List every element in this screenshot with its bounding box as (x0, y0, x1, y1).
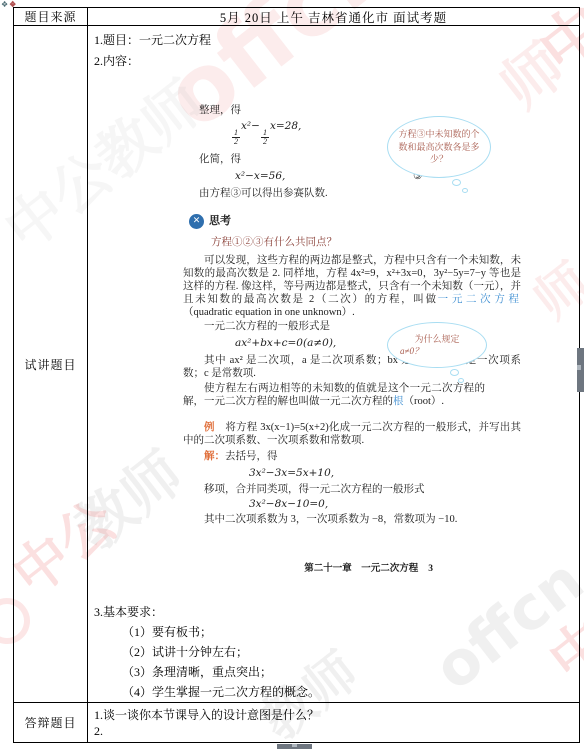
vertical-scrollbar-thumb[interactable] (577, 348, 584, 392)
thought-bubble-a-not-zero: 为什么规定 a≠0？ (387, 322, 487, 368)
fraction-one-half: 12 (232, 129, 240, 147)
solution-marker: 解： (204, 451, 225, 462)
requirement-item: （4）学生掌握一元二次方程的概念。 (94, 682, 320, 702)
think-question: 方程①②③有什么共同点？ (211, 236, 525, 249)
requirement-item: （1）要有板书； (94, 622, 320, 642)
lecture-content-cell: 1.题目：一元二次方程 2.内容： 整理，得 12x²−12x=28, 化简，得… (88, 26, 579, 703)
definition-paragraph: 可以发现，这些方程的两边都是整式，方程中只含有一个未知数，未知数的最高次数是 2… (183, 254, 521, 319)
textbook-line: 由方程③可以得出参赛队数. (199, 187, 525, 200)
example-marker: 例 (204, 422, 215, 433)
think-icon: ✕ (189, 214, 204, 229)
basic-requirements-block: 3.基本要求： （1）要有板书； （2）试讲十分钟左右； （3）条理清晰，重点突… (94, 602, 320, 702)
textbook-page-footer: 第二十一章 一元二次方程3 (304, 563, 433, 576)
horizontal-scrollbar-thumb[interactable] (277, 744, 312, 749)
requirement-item: （3）条理清晰，重点突出； (94, 662, 320, 682)
defense-question-1: 1.谈一谈你本节课导入的设计意图是什么？ (94, 706, 319, 723)
lecture-item-title: 1.题目：一元二次方程 (94, 31, 211, 48)
defense-question-2: 2. (94, 724, 103, 739)
root-paragraph: 使方程左右两边相等的未知数的值就是这个一元二次方程的解，一元二次方程的解也叫做一… (183, 382, 485, 408)
lecture-item-content: 2.内容： (94, 52, 139, 69)
requirements-title: 3.基本要求： (94, 602, 320, 622)
thought-bubble-unknowns: 方程③中未知数的个数和最高次数各是多少？ (387, 116, 491, 178)
source-row-label: 题目来源 (14, 8, 88, 26)
source-title: 5月 20日 上午 吉林省通化市 面试考题 (88, 8, 579, 26)
rearrange-line: 移项，合并同类项，得一元二次方程的一般形式 (183, 483, 521, 496)
equation-standard: 3x²−8x−10=0, (249, 498, 525, 511)
equation-simplified: x²−x=56, ③ (235, 170, 525, 183)
term-root: 根 (393, 396, 404, 407)
exam-document-page: offcn 中 师 中公教师 师 教师 中公 教师 offcn 中 ❖❖ 题目来… (0, 0, 584, 749)
think-label: 思考 (209, 215, 231, 228)
result-line: 其中二次项系数为 3，一次项系数为 −8，常数项为 −10. (183, 513, 521, 526)
term-quadratic-equation: 一元二次方程 (438, 294, 521, 305)
defense-content-cell: 1.谈一谈你本节课导入的设计意图是什么？ 2. (88, 703, 579, 742)
textbook-line: 整理，得 (199, 104, 525, 117)
question-table: 题目来源 5月 20日 上午 吉林省通化市 面试考题 试讲题目 1.题目：一元二… (13, 7, 580, 743)
requirement-item: （2）试讲十分钟左右； (94, 642, 320, 662)
textbook-excerpt: 整理，得 12x²−12x=28, 化简，得 x²−x=56, ③ 由方程③可以… (183, 104, 525, 582)
lecture-row-label: 试讲题目 (14, 26, 88, 703)
example-paragraph: 例 将方程 3x(x−1)=5(x+2)化成一元二次方程的一般形式，并写出其中的… (183, 421, 521, 447)
fraction-one-half: 12 (261, 129, 269, 147)
equation-expanded: 3x²−3x=5x+10, (249, 467, 525, 480)
think-section-header: ✕ 思考 (189, 214, 525, 229)
solution-line: 解：去括号，得 (183, 450, 521, 463)
textbook-page-number: 3 (428, 564, 433, 574)
defense-row-label: 答辩题目 (14, 703, 88, 742)
